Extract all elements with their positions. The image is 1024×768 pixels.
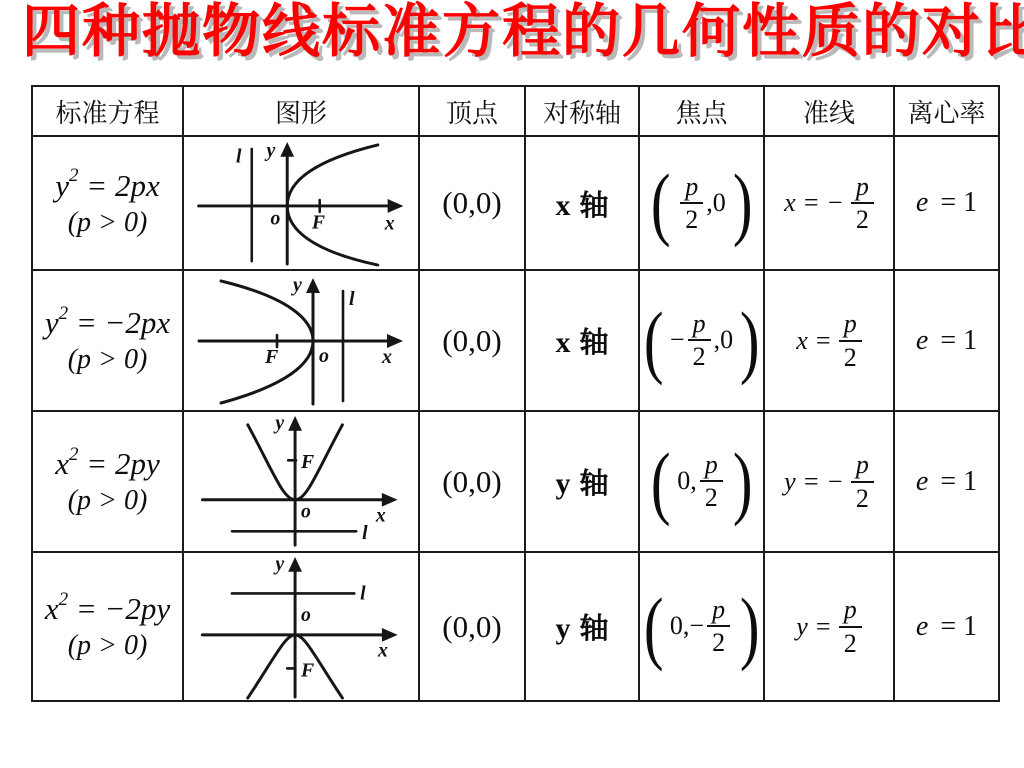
fraction-denominator: 2 [693,341,706,371]
table-header-row: 标准方程 图形 顶点 对称轴 焦点 准线 离心率 [32,86,999,136]
equation-rhs: = −2py [68,591,170,626]
fraction-denominator: 2 [844,628,857,658]
eccentricity-variable: e [916,325,928,356]
equation-cell: x2 = 2py (p > 0) [32,411,183,552]
table-row: x2 = −2py (p > 0) l y x o F [32,552,999,701]
graph-cell: l y x o F [183,411,419,552]
fraction: p2 [839,595,862,657]
fraction: p2 [688,309,711,371]
equation-var: x [45,591,59,626]
fraction-numerator: p [839,309,862,341]
fraction: p2 [839,309,862,371]
fraction-numerator: p [688,309,711,341]
vertex-value: (0,0) [442,609,501,644]
vertex-cell: (0,0) [419,552,525,701]
axis-word: 轴 [579,468,608,500]
eccentricity-cell: e = 1 [894,411,999,552]
axis-variable: x [555,189,570,222]
fraction: p2 [680,172,703,234]
fraction-denominator: 2 [712,627,725,657]
graph-label-x: x [381,346,392,368]
parabola-opens-left-graph: l y x o F [191,275,411,407]
vertex-value: (0,0) [442,323,501,358]
axis-cell: y轴 [525,411,639,552]
vertex-cell: (0,0) [419,136,525,270]
left-paren: ( [643,588,663,666]
equation-condition: (p > 0) [33,344,182,376]
header-graph: 图形 [183,86,419,136]
directrix-cell: y = p2 [764,552,894,701]
eccentricity-cell: e = 1 [894,270,999,411]
equation-rhs: = −2px [68,305,170,340]
equation-rhs: = 2px [79,168,160,203]
header-focus: 焦点 [639,86,764,136]
focus-prefix: 0,− [670,611,704,641]
right-paren: ) [733,164,753,242]
graph-label-o: o [319,345,329,367]
left-paren: ( [651,164,671,242]
graph-label-l: l [236,146,242,168]
equation-cell: y2 = −2px (p > 0) [32,270,183,411]
vertex-value: (0,0) [442,464,501,499]
focus-cell: ( 0, p2 ) [639,411,764,552]
vertex-cell: (0,0) [419,411,525,552]
table-row: y2 = −2px (p > 0) l y x o F [32,270,999,411]
equation-cell: y2 = 2px (p > 0) [32,136,183,270]
right-paren: ) [740,302,760,380]
fraction: p2 [700,450,723,512]
directrix-lhs: y = [796,612,832,642]
fraction: p2 [707,595,730,657]
fraction-denominator: 2 [856,204,869,234]
axis-word: 轴 [579,190,608,222]
graph-label-x: x [377,639,388,661]
focus-cell: ( p2 ,0 ) [639,136,764,270]
equation-rhs: = 2py [79,446,160,481]
graph-cell: l y x o F [183,270,419,411]
axis-variable: y [555,467,570,500]
focus-prefix: 0, [677,466,697,496]
directrix-lhs: x = − [784,188,844,218]
equation-exponent: 2 [69,444,79,465]
right-paren: ) [733,443,753,521]
fraction-numerator: p [680,172,703,204]
fraction-numerator: p [839,595,862,627]
graph-label-y: y [273,413,284,434]
page-title: 四种抛物线标准方程的几何性质的对比 [22,2,1024,63]
graph-label-o: o [301,604,311,626]
equation-cell: x2 = −2py (p > 0) [32,552,183,701]
axis-variable: y [555,612,570,645]
eccentricity-value: = 1 [933,325,977,356]
graph-label-l: l [362,522,368,544]
right-paren: ) [740,588,760,666]
graph-label-o: o [270,208,280,230]
header-directrix: 准线 [764,86,894,136]
fraction-numerator: p [707,595,730,627]
fraction-denominator: 2 [705,482,718,512]
directrix-cell: y = − p2 [764,411,894,552]
vertex-value: (0,0) [442,185,501,220]
header-symmetry-axis: 对称轴 [525,86,639,136]
graph-label-F: F [264,346,279,368]
directrix-lhs: y = − [784,467,844,497]
eccentricity-cell: e = 1 [894,552,999,701]
equation-condition: (p > 0) [33,207,182,239]
slide: 四种抛物线标准方程的几何性质的对比 标准方程 图形 顶点 对称轴 焦点 准线 离… [0,0,1024,768]
parabola-opens-down-graph: l y x o F [191,554,411,700]
axis-cell: y轴 [525,552,639,701]
equation-var: y [55,168,69,203]
eccentricity-value: = 1 [933,187,977,218]
directrix-cell: x = p2 [764,270,894,411]
table-row: y2 = 2px (p > 0) l y x o F [32,136,999,270]
eccentricity-value: = 1 [933,466,977,497]
fraction: p2 [851,172,874,234]
equation-condition: (p > 0) [33,630,182,662]
equation-exponent: 2 [69,165,79,186]
focus-cell: ( − p2 ,0 ) [639,270,764,411]
eccentricity-variable: e [916,611,928,642]
eccentricity-variable: e [916,187,928,218]
fraction-denominator: 2 [685,204,698,234]
graph-label-F: F [311,212,325,234]
graph-label-y: y [273,554,284,575]
fraction-numerator: p [700,450,723,482]
fraction-numerator: p [851,172,874,204]
eccentricity-cell: e = 1 [894,136,999,270]
focus-prefix: − [670,325,685,355]
axis-cell: x轴 [525,136,639,270]
fraction-numerator: p [851,450,874,482]
focus-suffix: ,0 [706,188,726,218]
focus-cell: ( 0,− p2 ) [639,552,764,701]
graph-label-y: y [265,140,276,162]
axis-word: 轴 [579,327,608,359]
left-paren: ( [651,443,671,521]
directrix-cell: x = − p2 [764,136,894,270]
directrix-lhs: x = [796,326,832,356]
graph-cell: l y x o F [183,552,419,701]
graph-label-x: x [384,213,395,235]
equation-var: y [45,305,59,340]
table-row: x2 = 2py (p > 0) l y x o F [32,411,999,552]
fraction: p2 [851,450,874,512]
equation-exponent: 2 [59,303,69,324]
equation-var: x [55,446,69,481]
graph-label-o: o [301,500,311,522]
fraction-denominator: 2 [844,342,857,372]
parabola-properties-table: 标准方程 图形 顶点 对称轴 焦点 准线 离心率 y2 = 2px (p > 0… [31,85,1000,702]
axis-cell: x轴 [525,270,639,411]
graph-label-l: l [349,288,355,310]
graph-label-y: y [291,275,302,296]
eccentricity-value: = 1 [933,611,977,642]
equation-condition: (p > 0) [33,485,182,517]
graph-cell: l y x o F [183,136,419,270]
eccentricity-variable: e [916,466,928,497]
focus-suffix: ,0 [714,325,734,355]
parabola-opens-up-graph: l y x o F [191,413,411,551]
header-eccentricity: 离心率 [894,86,999,136]
header-vertex: 顶点 [419,86,525,136]
parabola-opens-right-graph: l y x o F [191,139,411,267]
graph-label-F: F [300,659,314,681]
fraction-denominator: 2 [856,483,869,513]
axis-word: 轴 [579,613,608,645]
graph-label-F: F [300,451,314,473]
equation-exponent: 2 [59,589,69,610]
vertex-cell: (0,0) [419,270,525,411]
header-standard-equation: 标准方程 [32,86,183,136]
left-paren: ( [643,302,663,380]
graph-label-l: l [360,582,366,604]
graph-label-x: x [375,504,386,526]
axis-variable: x [555,326,570,359]
